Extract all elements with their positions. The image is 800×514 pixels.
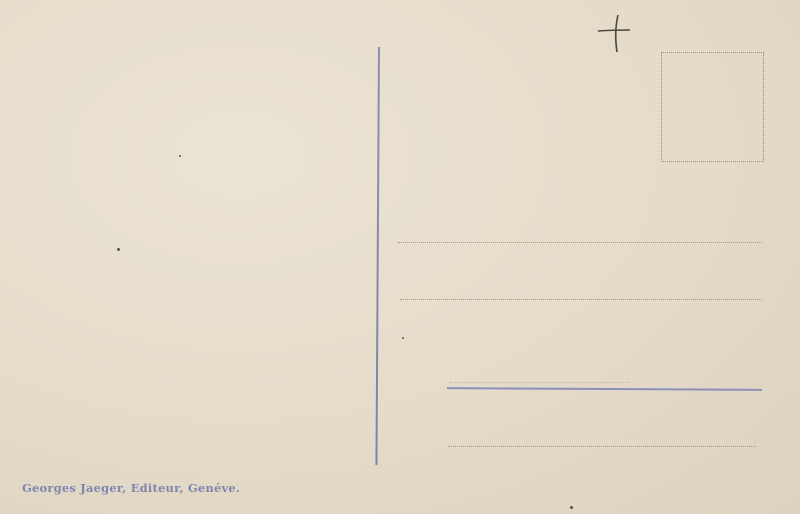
paper-speck (570, 506, 573, 509)
pencil-cross-mark (596, 12, 632, 54)
paper-speck (117, 248, 120, 251)
address-line-3 (447, 387, 762, 391)
postcard-back: Georges Jaeger, Editeur, Genéve. (0, 0, 800, 514)
publisher-imprint: Georges Jaeger, Editeur, Genéve. (22, 481, 240, 495)
paper-speck (402, 337, 404, 339)
address-line-4 (448, 446, 756, 447)
center-divider-line (375, 47, 380, 465)
address-line-2 (400, 299, 762, 300)
stamp-placement-box (661, 52, 764, 162)
address-line-3-faint (450, 382, 630, 383)
address-line-1 (398, 242, 762, 243)
paper-speck (179, 155, 181, 157)
